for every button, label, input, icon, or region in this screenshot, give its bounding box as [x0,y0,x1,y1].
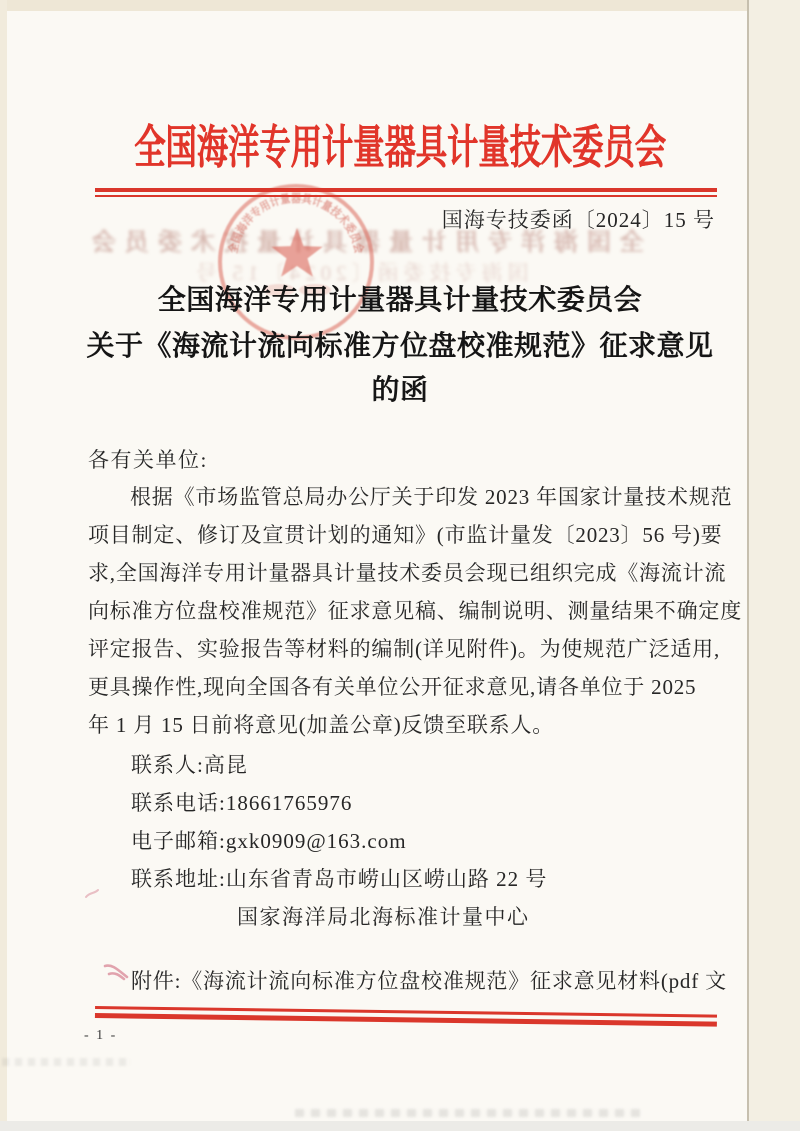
body-paragraph: 根据《市场监管总局办公厅关于印发 2023 年国家计量技术规范 项目制定、修订及… [88,478,720,744]
body-line: 更具操作性,现向全国各有关单位公开征求意见,请各单位于 2025 [88,668,720,706]
contact-address: 联系地址:山东省青岛市崂山区崂山路 22 号 [131,860,547,898]
contact-address-continued: 国家海洋局北海标准计量中心 [237,898,530,936]
footer-rules [95,1006,717,1027]
body-line: 年 1 月 15 日前将意见(加盖公章)反馈至联系人。 [88,706,720,744]
scan-edge-right [749,0,800,1131]
doc-title-line-1: 全国海洋专用计量器具计量技术委员会 [0,278,800,318]
body-line: 根据《市场监管总局办公厅关于印发 2023 年国家计量技术规范 [88,478,720,516]
body-line: 项目制定、修订及宣贯计划的通知》(市监计量发〔2023〕56 号)要 [88,516,720,554]
salutation: 各有关单位: [88,444,208,474]
paper-fold-line [747,0,749,1131]
svg-text:全国海洋专用计量器具计量技术委员会: 全国海洋专用计量器具计量技术委员会 [226,191,367,255]
contact-person: 联系人:高昆 [131,746,547,784]
scan-edge-top [0,0,800,11]
body-line: 评定报告、实验报告等材料的编制(详见附件)。为使规范广泛适用, [88,630,720,668]
contact-block: 联系人:高昆 联系电话:18661765976 电子邮箱:gxk0909@163… [131,746,547,898]
pen-mark-small [84,888,100,900]
contact-phone: 联系电话:18661765976 [131,784,547,822]
letterhead-rule-thick [95,188,717,192]
body-line: 求,全国海洋专用计量器具计量技术委员会现已组织完成《海流计流 [88,554,720,592]
attachment-note: 附件:《海流计流向标准方位盘校准规范》征求意见材料(pdf 文 [131,965,727,995]
letterhead-org-title: 全国海洋专用计量器具计量技术委员会 [128,122,672,174]
scan-edge-left [0,0,7,1131]
official-red-seal: 全国海洋专用计量器具计量技术委员会 [211,177,381,347]
document-number: 国海专技委函〔2024〕15 号 [442,204,715,234]
doc-title-line-3: 的函 [0,368,800,408]
page-number: - 1 - [84,1028,117,1044]
bleed-smudge-bottom [295,1109,640,1117]
bleed-smudge-left [2,1058,132,1066]
seal-star-icon [271,228,322,277]
doc-title-line-2: 关于《海流计流向标准方位盘校准规范》征求意见 [0,324,800,364]
scanned-letter-page: 全国海洋专用计量器具计量技术委员会 国海专技委函〔2024〕15 号 全国海洋专… [0,0,800,1131]
body-line: 向标准方位盘校准规范》征求意见稿、编制说明、测量结果不确定度 [88,592,720,630]
seal-arc-text: 全国海洋专用计量器具计量技术委员会 [226,191,367,255]
scan-edge-bottom [0,1121,800,1131]
contact-email: 电子邮箱:gxk0909@163.com [131,822,547,860]
letterhead-rule-thin [95,195,717,197]
